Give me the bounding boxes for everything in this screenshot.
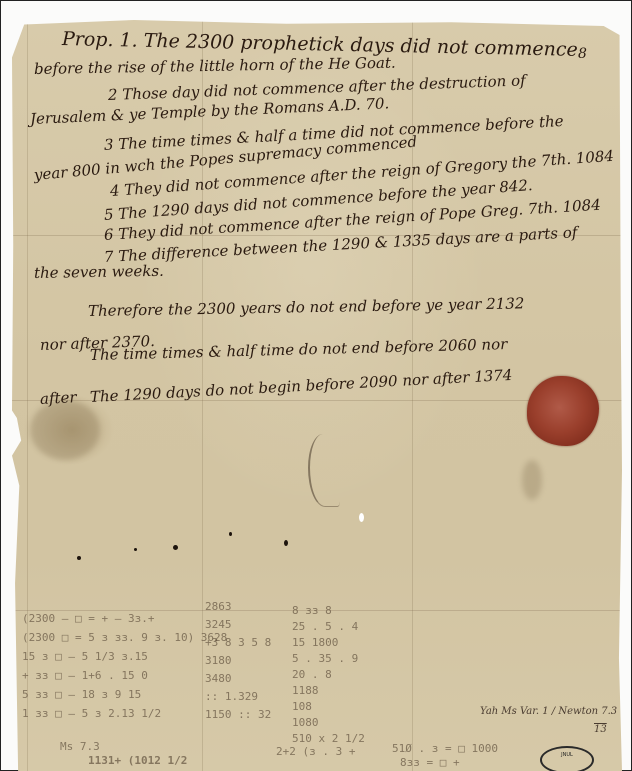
conclusion-2-continuation: after	[40, 388, 77, 408]
stain	[522, 460, 542, 500]
ink-dot	[229, 532, 232, 536]
calc-line: 3180	[205, 654, 271, 667]
calculations-middle: 2863 3245 +3 8 3 5 8 3180 3480 :: 1.329 …	[205, 600, 271, 726]
calc-line: 15 1800	[292, 636, 365, 649]
calc-line: 1080	[292, 716, 365, 729]
calc-line: 8 ɜɜ 8	[292, 604, 365, 617]
calc-line: 25 . 5 . 4	[292, 620, 365, 633]
ink-dot	[77, 556, 81, 560]
ink-dot	[284, 540, 288, 546]
ink-dot	[134, 548, 137, 551]
calc-shelfmark-pencil: Ms 7.3	[60, 740, 100, 753]
paper-hole	[359, 513, 364, 522]
proposition-number: 4	[109, 181, 120, 200]
calc-line: +3 8 3 5 8	[205, 636, 271, 649]
calculations-left: (2300 – □ = + – 3ɜ.+ (2300 □ = 5 ɜ ɜɜ. 9…	[22, 612, 227, 726]
calc-line: 5 ɜɜ □ – 18 ɜ 9 15	[22, 688, 227, 701]
archive-shelfmark: Yah Ms Var. 1 / Newton 7.3	[480, 706, 617, 717]
calc-line: 108	[292, 700, 365, 713]
calc-line: (2300 □ = 5 ɜ ɜɜ. 9 ɜ. 10) 3628	[22, 631, 227, 644]
proposition-number: 2	[108, 86, 118, 104]
calc-line: 5 . 35 . 9	[292, 652, 365, 665]
ink-dot	[173, 545, 178, 550]
calc-line: 51Ø . ɜ = □ 1000	[392, 742, 498, 755]
calc-line: 3245	[205, 618, 271, 631]
calc-line: 2863	[205, 600, 271, 613]
archive-subnumber: 13	[594, 724, 607, 735]
proposition-number: 6	[103, 225, 114, 244]
calc-line: 1 ɜɜ □ – 5 ɜ 2.13 1/2	[22, 707, 227, 720]
library-stamp: JNUL	[540, 746, 594, 771]
stamp-text: JNUL	[561, 752, 573, 758]
calc-line: 1150 :: 32	[205, 708, 271, 721]
stain	[30, 400, 100, 460]
calc-line: (2300 – □ = + – 3ɜ.+	[22, 612, 227, 625]
calc-line: :: 1.329	[205, 690, 271, 703]
calc-line: 510 x 2 1/2	[292, 732, 365, 745]
proposition-7-continuation: the seven weeks.	[34, 262, 164, 282]
calc-line: 15 ɜ □ – 5 1/3 ɜ.15	[22, 650, 227, 663]
proposition-number: Prop. 1.	[62, 28, 138, 52]
pencil-mark	[308, 434, 340, 507]
folio-number: 8	[578, 46, 587, 62]
proposition-number: 3	[104, 136, 114, 154]
calc-line: + ɜɜ □ – 1+6 . 15 0	[22, 669, 227, 682]
wax-seal	[527, 376, 599, 446]
calc-line: 2+2 (ɜ . 3 +	[276, 745, 355, 758]
proposition-number: 5	[103, 205, 114, 224]
calc-line: 8ɜɜ = □ +	[400, 756, 460, 769]
calc-line: 1131+ (1012 1/2	[88, 754, 187, 767]
calculations-right: 8 ɜɜ 8 25 . 5 . 4 15 1800 5 . 35 . 9 20 …	[292, 604, 365, 748]
calc-line: 20 . 8	[292, 668, 365, 681]
calc-line: 3480	[205, 672, 271, 685]
calc-line: 1188	[292, 684, 365, 697]
